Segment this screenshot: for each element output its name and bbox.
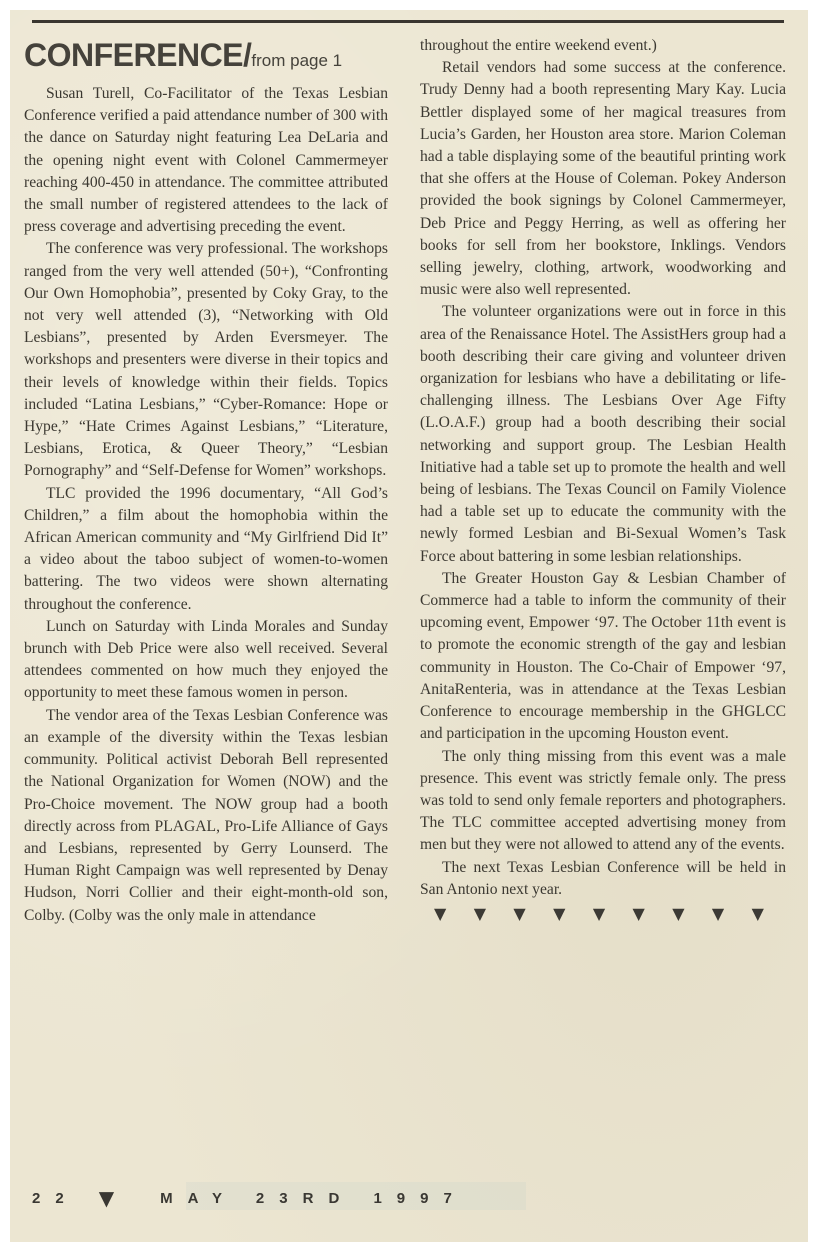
triangle-down-icon: ▼ xyxy=(434,905,446,923)
article-paragraph: Lunch on Saturday with Linda Morales and… xyxy=(24,616,388,705)
triangle-down-icon: ▼ xyxy=(99,1186,114,1210)
triangle-down-icon: ▼ xyxy=(752,905,764,923)
article-paragraph: The conference was very professional. Th… xyxy=(24,238,388,482)
triangle-down-icon: ▼ xyxy=(712,905,724,923)
top-rule-divider xyxy=(32,20,784,23)
triangle-down-icon: ▼ xyxy=(633,905,645,923)
triangle-down-icon: ▼ xyxy=(553,905,565,923)
article-paragraph: The Greater Houston Gay & Lesbian Chambe… xyxy=(420,568,786,746)
end-of-article-marks: ▼ ▼ ▼ ▼ ▼ ▼ ▼ ▼ ▼ xyxy=(434,905,764,923)
issue-date: MAY 23RD 1997 xyxy=(160,1190,467,1207)
headline-kicker: CONFERENCE/ xyxy=(24,37,251,73)
headline-jump-line: from page 1 xyxy=(251,51,342,70)
triangle-down-icon: ▼ xyxy=(672,905,684,923)
article-paragraph: The volunteer organizations were out in … xyxy=(420,301,786,567)
article-column-left: CONFERENCE/from page 1 Susan Turell, Co-… xyxy=(24,38,388,927)
article-headline: CONFERENCE/from page 1 xyxy=(24,38,388,79)
article-paragraph: The vendor area of the Texas Lesbian Con… xyxy=(24,705,388,927)
page-number: 22 xyxy=(32,1190,79,1207)
article-column-right: throughout the entire weekend event.) Re… xyxy=(420,35,786,923)
article-paragraph: The next Texas Lesbian Conference will b… xyxy=(420,857,786,901)
article-paragraph: Retail vendors had some success at the c… xyxy=(420,57,786,301)
newspaper-page: CONFERENCE/from page 1 Susan Turell, Co-… xyxy=(10,10,808,1242)
article-paragraph: The only thing missing from this event w… xyxy=(420,746,786,857)
article-paragraph: TLC provided the 1996 documentary, “All … xyxy=(24,483,388,616)
triangle-down-icon: ▼ xyxy=(593,905,605,923)
triangle-down-icon: ▼ xyxy=(474,905,486,923)
page-footer: 22 ▼ MAY 23RD 1997 xyxy=(26,1186,786,1210)
article-paragraph: Susan Turell, Co-Facilitator of the Texa… xyxy=(24,83,388,238)
article-paragraph-continued: throughout the entire weekend event.) xyxy=(420,35,786,57)
triangle-down-icon: ▼ xyxy=(513,905,525,923)
